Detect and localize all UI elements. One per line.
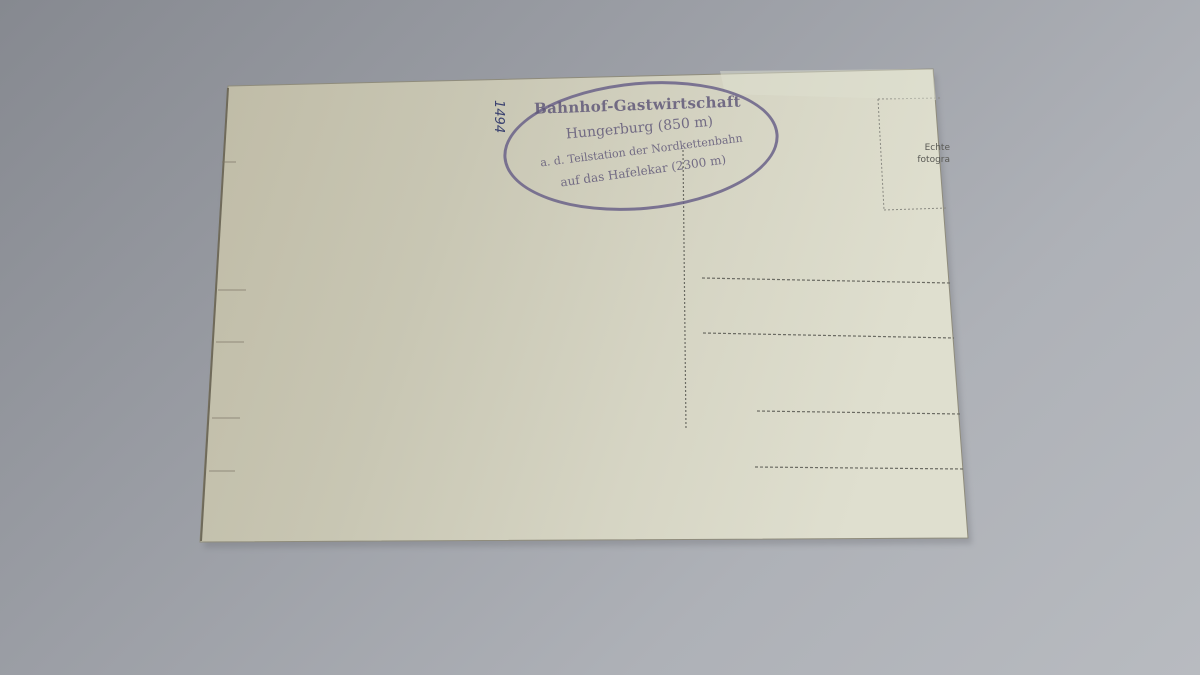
rubber-stamp: Bahnhof-Gastwirtschaft Hungerburg (850 m… — [498, 70, 784, 222]
stamp-box-label-line2: fotogra — [902, 154, 950, 166]
stamp-box-label-line1: Echte — [902, 142, 950, 154]
stamp-box-label: Echte fotogra — [902, 142, 950, 166]
